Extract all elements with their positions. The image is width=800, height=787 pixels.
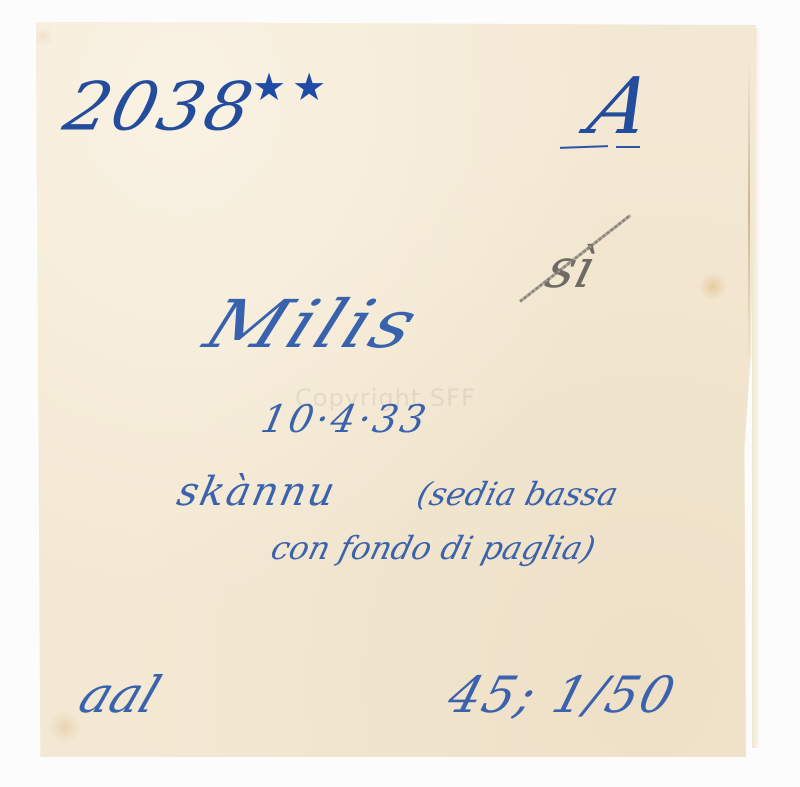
section-letter-foot bbox=[616, 146, 640, 148]
card-torn-edge bbox=[748, 60, 750, 360]
scan-background: 2038 ★★ A Milis sì Copyright SFF 10·4·33… bbox=[0, 0, 800, 787]
place-name: Milis bbox=[196, 292, 429, 358]
catalog-number: 2038 bbox=[58, 74, 261, 141]
description-line-2: con fondo di paglia) bbox=[268, 532, 599, 564]
photo-reference: 45; 1/50 bbox=[443, 670, 682, 720]
dialect-term: skànnu bbox=[174, 472, 340, 512]
record-date: 10·4·33 bbox=[258, 400, 432, 438]
description-line-1: (sedia bassa bbox=[414, 478, 621, 510]
catalog-stars: ★★ bbox=[252, 68, 332, 106]
